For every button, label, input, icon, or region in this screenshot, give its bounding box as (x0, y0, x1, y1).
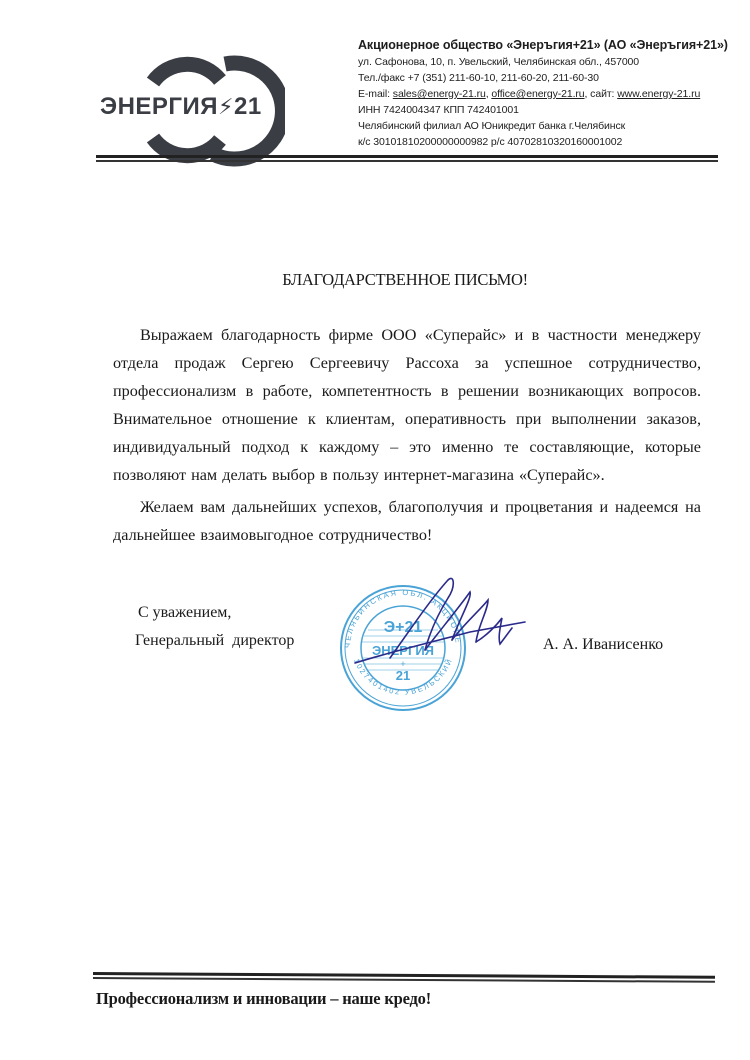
logo-wordmark: ЭНЕРГИЯ⚡21 (100, 93, 262, 121)
signatory-name: А. А. Иванисенко (543, 636, 663, 654)
closing: С уважением, (138, 604, 231, 622)
email-office-link[interactable]: office@energy-21.ru (491, 88, 584, 100)
company-phone: Тел./факс +7 (351) 211-60-10, 211-60-20,… (358, 72, 599, 84)
company-address: ул. Сафонова, 10, п. Увельский, Челябинс… (358, 56, 639, 68)
paragraph-1: Выражаем благодарность фирме ООО «Супера… (113, 321, 701, 489)
company-accounts: к/с 30101810200000000982 р/с 40702810320… (358, 136, 622, 148)
footer-motto: Профессионализм и инновации – наше кредо… (96, 989, 431, 1009)
company-name: Акционерное общество «Энеръгия+21» (АО «… (358, 38, 728, 52)
header-divider (96, 155, 718, 162)
logo-word: ЭНЕРГИЯ (100, 93, 218, 120)
company-stamp: Э+21 ЭНЕРГИЯ + 21 ЧЕЛЯБИНСКАЯ ОБЛ. АКЦИО… (330, 570, 530, 730)
company-contacts: E-mail: sales@energy-21.ru, office@energ… (358, 88, 700, 100)
company-bank: Челябинский филиал АО Юникредит банка г.… (358, 120, 625, 132)
letter-body: Выражаем благодарность фирме ООО «Супера… (113, 321, 701, 549)
email-sales-link[interactable]: sales@energy-21.ru (393, 88, 486, 100)
letter-title: БЛАГОДАРСТВЕННОЕ ПИСЬМО! (0, 270, 750, 290)
paragraph-2: Желаем вам дальнейших успехов, благополу… (113, 493, 701, 549)
signatory-position: Генеральный директор (135, 632, 294, 650)
site-label: , сайт: (585, 88, 618, 100)
website-link[interactable]: www.energy-21.ru (617, 88, 700, 100)
lightning-bolt-icon: ⚡ (218, 94, 234, 119)
svg-text:21: 21 (396, 668, 410, 683)
footer-divider (93, 972, 715, 983)
logo-number: 21 (234, 93, 262, 120)
email-label: E-mail: (358, 88, 393, 100)
company-inn-kpp: ИНН 7424004347 КПП 742401001 (358, 104, 519, 116)
